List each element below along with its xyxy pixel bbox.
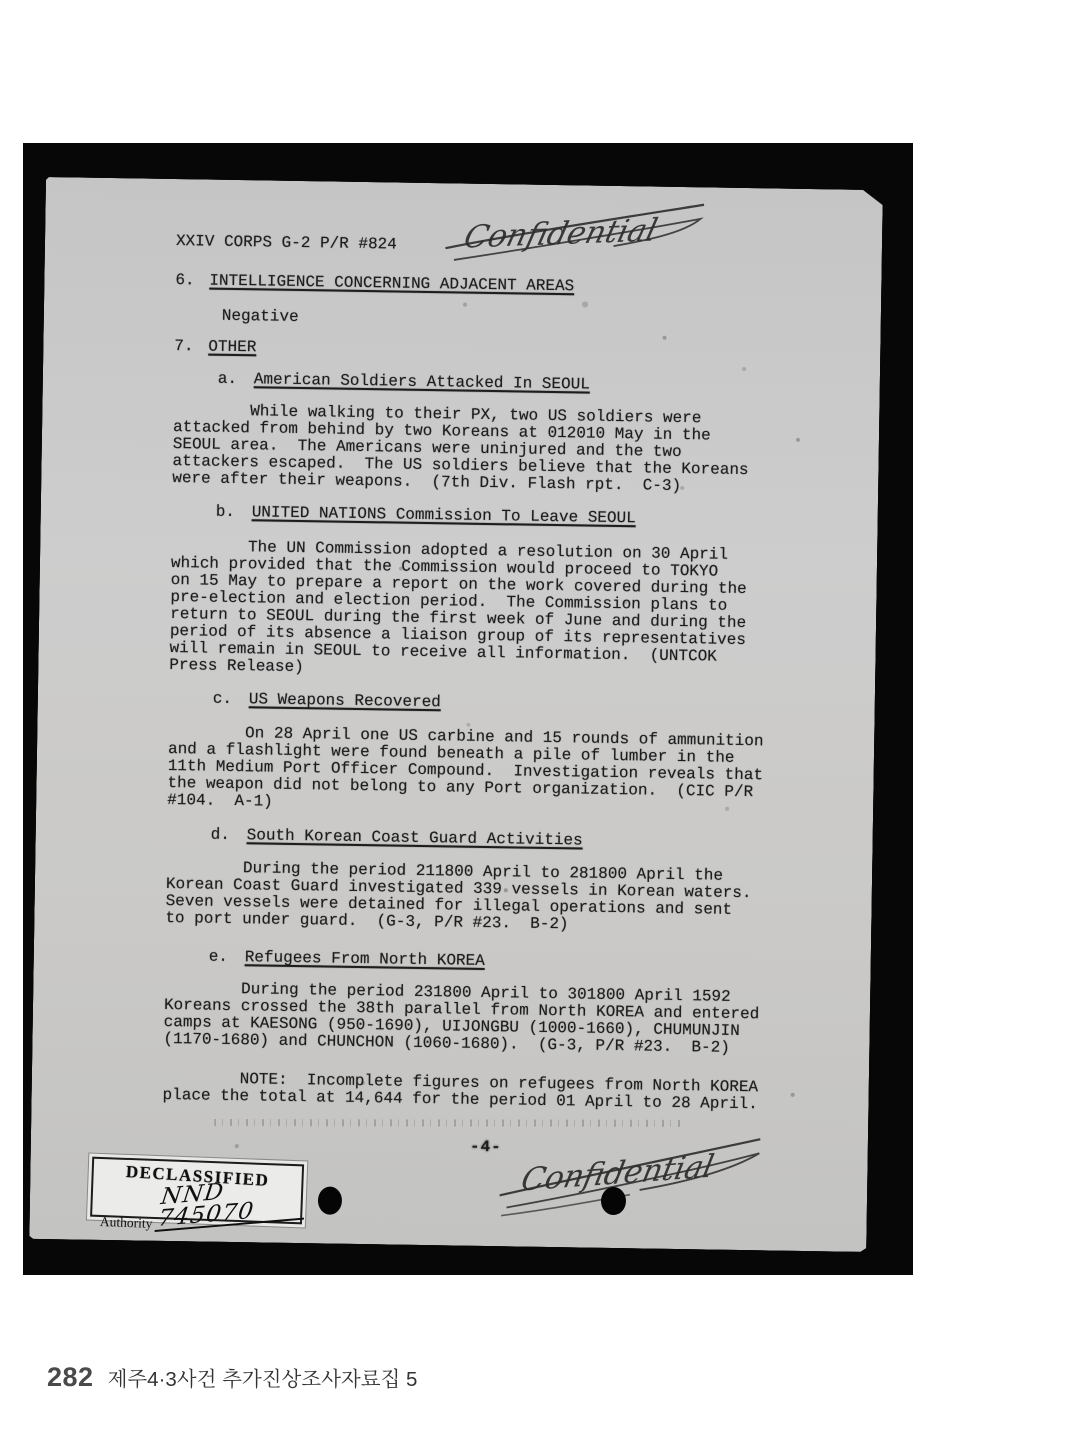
subsection-d-body: During the period 211800 April to 281800… — [165, 859, 814, 937]
ink-smudge — [214, 1119, 684, 1127]
authority-number-handwriting: NND 745070 — [154, 1174, 309, 1232]
subsection-d-heading-row: d. South Korean Coast Guard Activities — [211, 827, 815, 853]
subsection-a-heading: American Soldiers Attacked In SEOUL — [254, 371, 590, 393]
subsection-b-heading: UNITED NATIONS Commission To Leave SEOUL — [252, 504, 636, 527]
authority-label: Authority — [100, 1214, 153, 1232]
declassified-stamp: DECLASSIFIED Authority NND 745070 — [90, 1157, 304, 1225]
typed-document: XXIV CORPS G-2 P/R #824 6. INTELLIGENCE … — [162, 179, 825, 1161]
scan-background: Confidential XXIV CORPS G-2 P/R #824 6. … — [23, 143, 913, 1275]
subsection-a-letter: a. — [218, 371, 254, 389]
subsection-d-letter: d. — [211, 827, 247, 845]
subsection-c-body: On 28 April one US carbine and 15 rounds… — [167, 724, 816, 819]
subsection-c-heading: US Weapons Recovered — [249, 691, 441, 711]
section-6-number: 6. — [175, 272, 209, 290]
scan-noise — [46, 177, 48, 179]
section-6: 6. INTELLIGENCE CONCERNING ADJACENT AREA… — [175, 272, 823, 299]
subsection-c-heading-row: c. US Weapons Recovered — [213, 691, 817, 717]
section-7-number: 7. — [174, 338, 208, 356]
subsection-c-letter: c. — [213, 691, 249, 709]
subsection-e-heading: Refugees From North KOREA — [245, 949, 485, 970]
subsection-b-body: The UN Commission adopted a resolution o… — [169, 538, 819, 684]
hole-punch-left — [318, 1186, 342, 1214]
subsection-a-body: While walking to their PX, two US soldie… — [172, 402, 821, 497]
book-title-caption: 제주4·3사건 추가진상조사자료집 5 — [108, 1362, 418, 1392]
subsection-a-heading-row: a. American Soldiers Attacked In SEOUL — [218, 371, 822, 397]
report-id: XXIV CORPS G-2 P/R #824 — [176, 233, 824, 260]
section-6-body: Negative — [222, 308, 823, 334]
section-7-heading: OTHER — [208, 339, 256, 357]
subsection-e-body: During the period 231800 April to 301800… — [163, 980, 812, 1058]
subsection-b-heading-row: b. UNITED NATIONS Commission To Leave SE… — [216, 504, 820, 530]
subsection-b-letter: b. — [216, 504, 252, 522]
section-7: 7. OTHER — [174, 338, 822, 365]
document-paper: Confidential XXIV CORPS G-2 P/R #824 6. … — [29, 177, 883, 1252]
book-page: Confidential XXIV CORPS G-2 P/R #824 6. … — [0, 0, 1080, 1439]
declassified-stamp-authority-row: Authority NND 745070 — [100, 1184, 302, 1237]
subsection-e-letter: e. — [209, 949, 245, 967]
subsection-e-heading-row: e. Refugees From North KOREA — [209, 949, 813, 975]
subsection-d-heading: South Korean Coast Guard Activities — [247, 827, 583, 849]
note-paragraph: NOTE: Incomplete figures on refugees fro… — [162, 1070, 810, 1114]
book-caption: 282 제주4·3사건 추가진상조사자료집 5 — [47, 1362, 417, 1393]
book-page-number: 282 — [47, 1362, 94, 1393]
section-6-heading: INTELLIGENCE CONCERNING ADJACENT AREAS — [209, 273, 574, 296]
